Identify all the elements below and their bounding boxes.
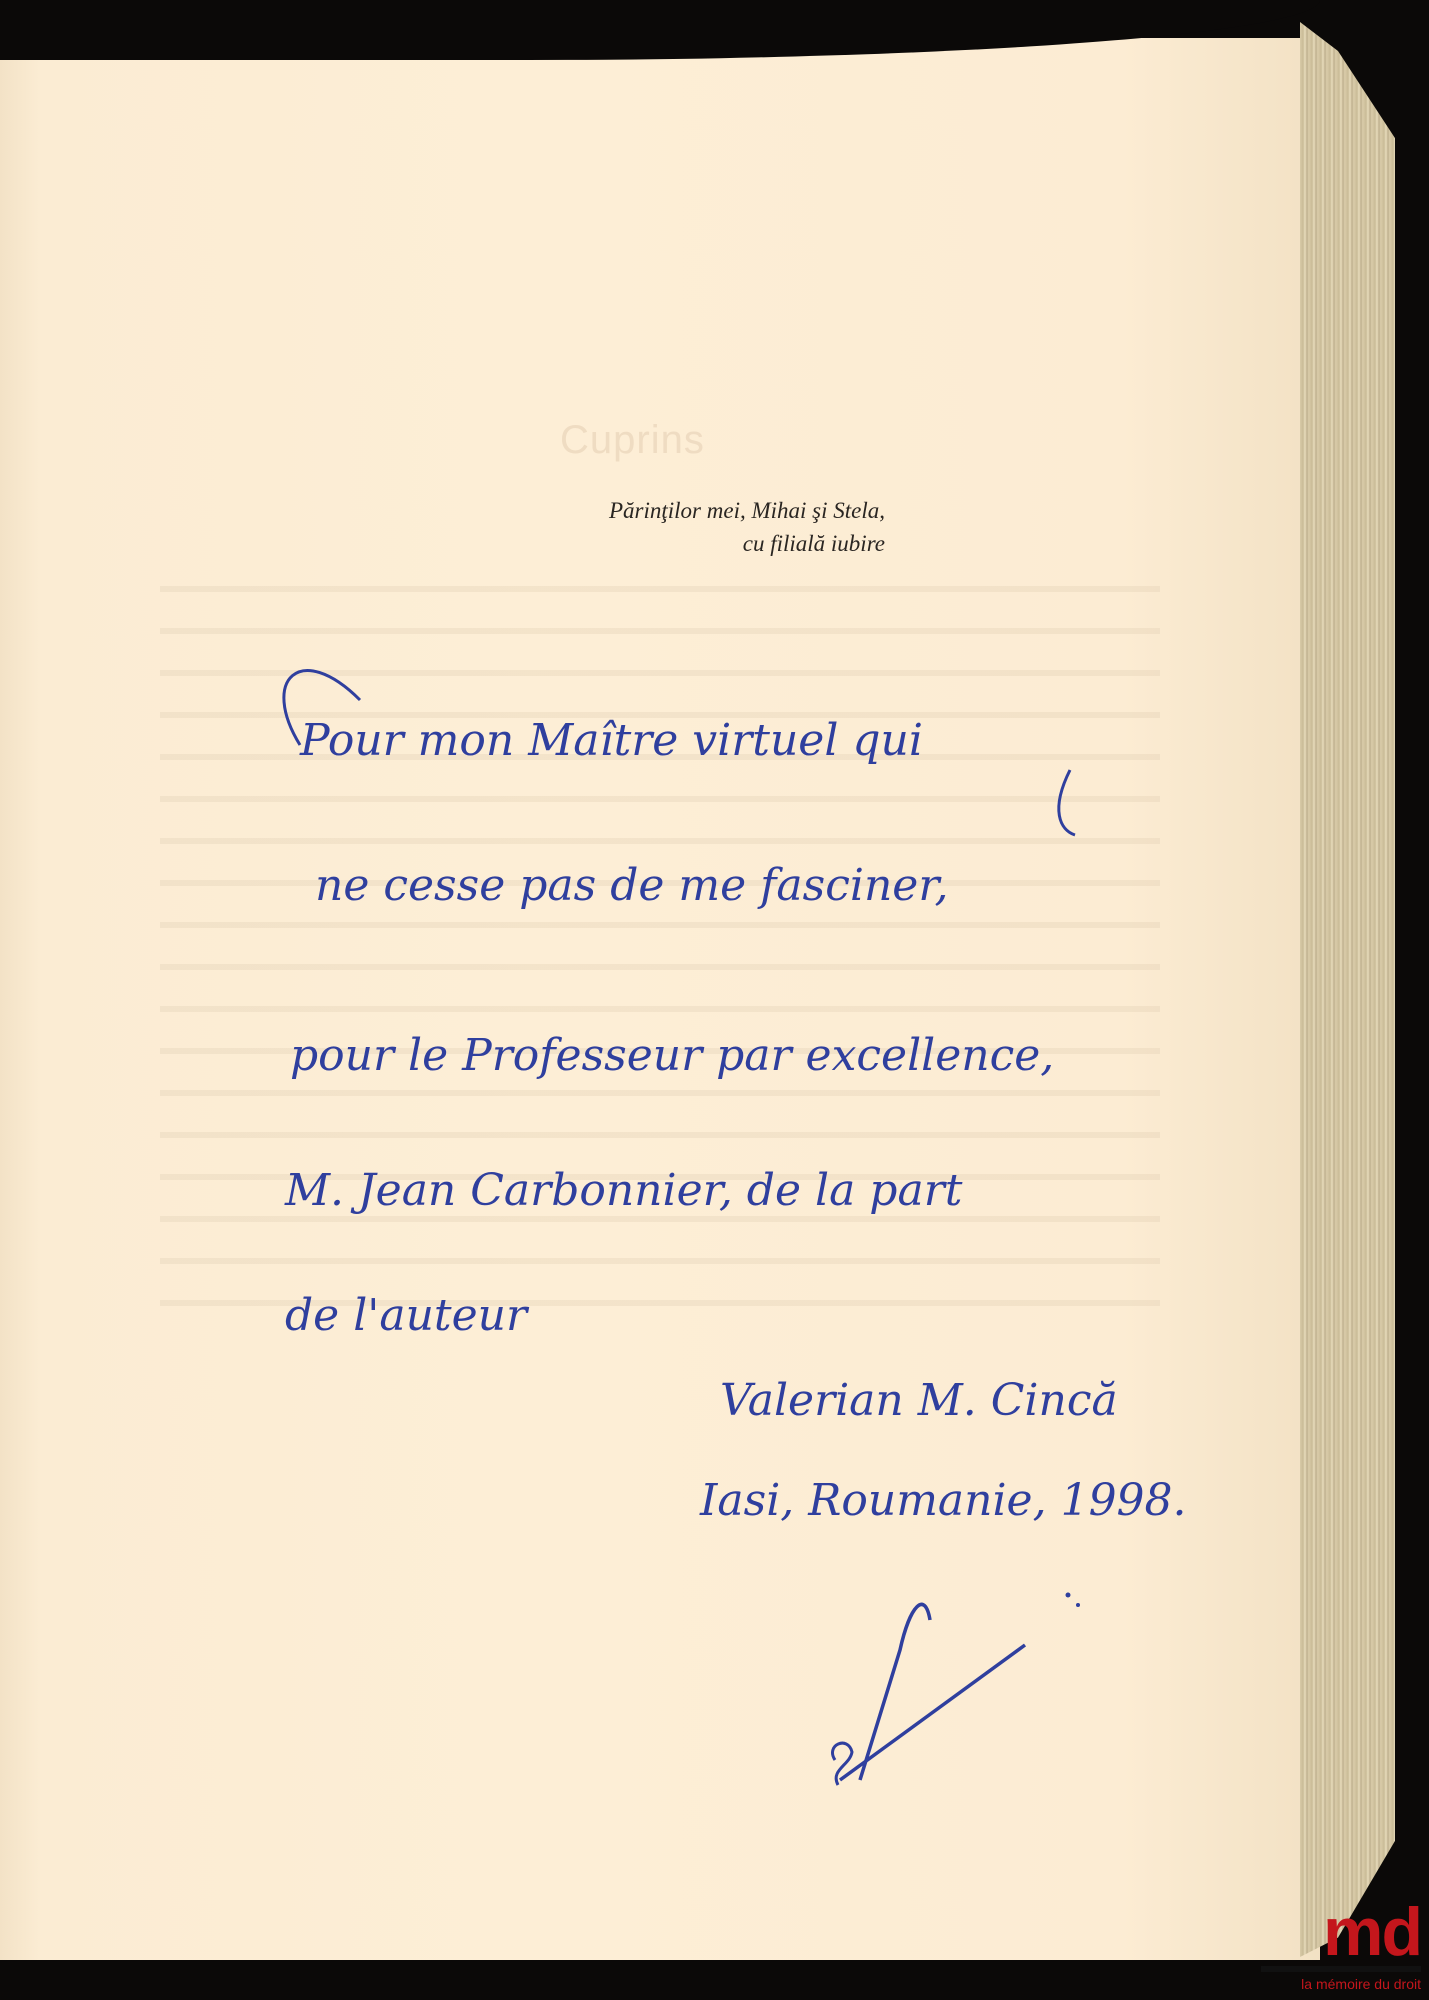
logo-tagline: la mémoire du droit [1251,1976,1421,1992]
opening-flourish-icon [284,671,360,745]
initials-stroke-icon [860,1604,930,1780]
line-end-flourish-icon [1059,770,1075,835]
watermark-logo: md la mémoire du droit [1251,1902,1421,1992]
pen-flourishes [0,0,1429,2000]
logo-mark: md [1251,1902,1421,1962]
initials-cross-icon [840,1645,1025,1780]
